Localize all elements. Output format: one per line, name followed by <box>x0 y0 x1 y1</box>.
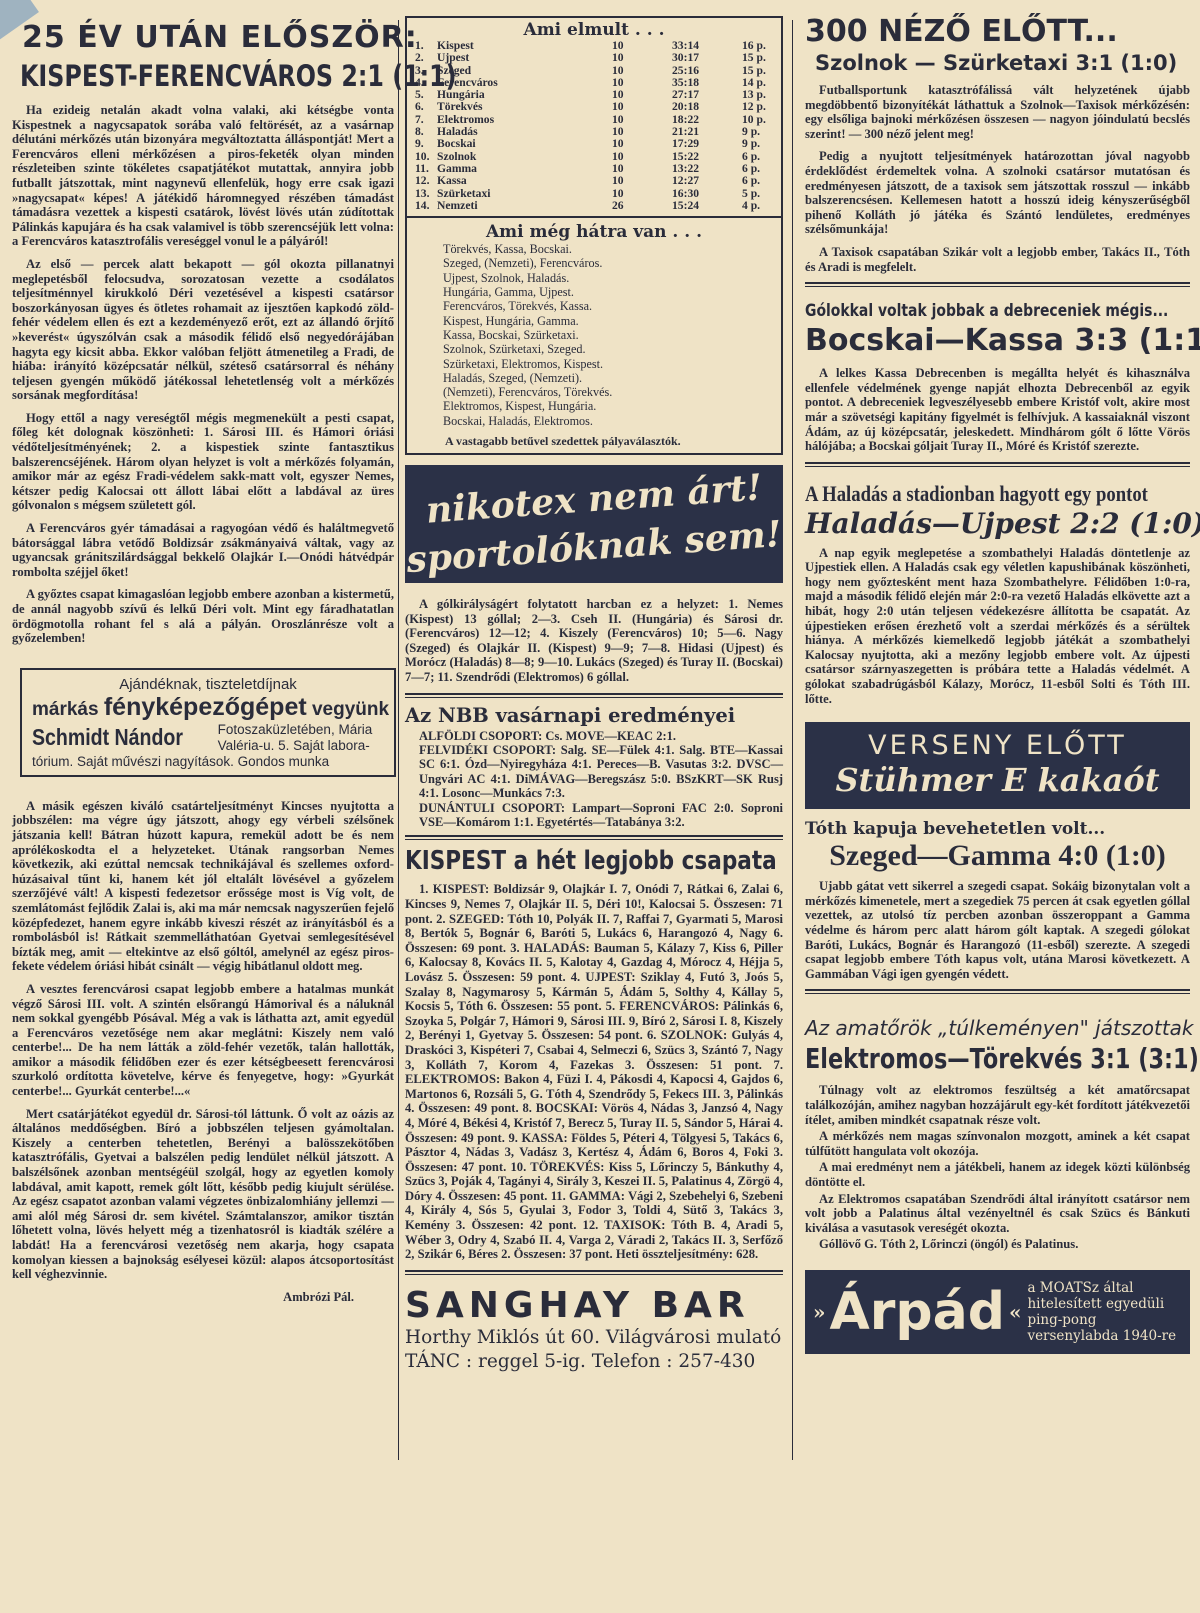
standings-points: 5 p. <box>742 188 773 200</box>
standings-position: 9. <box>415 138 437 150</box>
double-rule <box>805 462 1190 467</box>
nbb-group: ALFÖLDI CSOPORT: Cs. MOVE—KEAC 2:1. <box>405 729 783 743</box>
article-paragraph: A győztes csapat kimagaslóan legjobb emb… <box>12 587 394 645</box>
ad-line: Ajándéknak, tiszteletdíjnak <box>32 676 384 693</box>
haladas-article: A Haladás a stadionban hagyott egy ponto… <box>805 481 1190 707</box>
standings-title: Ami elmult . . . <box>415 20 773 40</box>
ad-row: Schmidt Nándor Fotoszaküzletében, Mária … <box>32 722 384 754</box>
standings-points: 4 p. <box>742 200 773 212</box>
standings-points: 9 p. <box>742 138 773 150</box>
standings-played: 10 <box>612 175 672 187</box>
standings-team: Nemzeti <box>437 200 612 212</box>
standings-team: Bocskai <box>437 138 612 150</box>
sanghay-title: SANGHAY BAR <box>405 1285 783 1326</box>
remaining-fixture-line: Bocskai, Haladás, Elektromos. <box>415 414 773 428</box>
article-paragraph: Futballsportunk katasztrófálissá vált he… <box>805 83 1190 141</box>
article-paragraph: Az Elektromos csapatában Szendrődi által… <box>805 1192 1190 1236</box>
standings-position: 13. <box>415 188 437 200</box>
camera-shop-ad: Ajándéknak, tiszteletdíjnak márkás fényk… <box>20 668 396 777</box>
nbb-results: ALFÖLDI CSOPORT: Cs. MOVE—KEAC 2:1. FELV… <box>405 729 783 830</box>
remaining-fixture-line: Ferencváros, Törekvés, Kassa. <box>415 299 773 313</box>
article-paragraph: A vesztes ferencvárosi csapat legjobb em… <box>12 982 394 1099</box>
article-kicker: Az amatőrök „túlkeményen" játszottak <box>805 1016 1190 1040</box>
standings-played: 10 <box>612 52 672 64</box>
article-paragraph: Túlnagy volt az elektromos feszültség a … <box>805 1083 1190 1127</box>
main-headline: 25 ÉV UTÁN ELŐSZÖR: <box>22 20 394 55</box>
standings-played: 10 <box>612 101 672 113</box>
standings-table: 1.Kispest1033:1416 p.2.Ujpest1030:1715 p… <box>415 40 773 212</box>
article-paragraph: A Taxisok csapatában Szikár volt a legjo… <box>805 245 1190 274</box>
standings-row: 6.Törekvés1020:1812 p. <box>415 101 773 113</box>
ad-line: márkás fényképezőgépet vegyünk <box>32 693 384 722</box>
column-divider <box>398 20 399 1460</box>
standings-played: 10 <box>612 188 672 200</box>
article-score: Bocskai—Kassa 3:3 (1:1) <box>805 323 1190 358</box>
standings-row: 2.Ujpest1030:1715 p. <box>415 52 773 64</box>
stuhmer-ad: VERSENY ELŐTT Stühmer E kakaót <box>805 722 1190 809</box>
remaining-fixture-line: Törekvés, Kassa, Bocskai. <box>415 242 773 256</box>
standings-goals: 16:30 <box>672 188 742 200</box>
article-paragraph: A Ferencváros gyér támadásai a ragyogóan… <box>12 521 394 579</box>
standings-played: 26 <box>612 200 672 212</box>
main-article-bottom: A másik egészen kiváló csatárteljesítmén… <box>12 799 394 1282</box>
standings-box: Ami elmult . . . 1.Kispest1033:1416 p.2.… <box>405 16 783 218</box>
double-rule <box>805 282 1190 287</box>
ad-address: Fotoszaküzletében, Mária Valéria-u. 5. S… <box>218 722 384 754</box>
quote-mark: » <box>813 1300 826 1324</box>
left-column: 25 ÉV UTÁN ELŐSZÖR: KISPEST-FERENCVÁROS … <box>12 0 394 1305</box>
nikotex-ad: nikotex nem árt! sportolóknak sem! <box>405 465 783 583</box>
ad-word-emphasis: fényképezőgépet <box>104 693 307 721</box>
szolnok-article: 300 NÉZŐ ELŐTT... Szolnok — Szürketaxi 3… <box>805 14 1190 274</box>
szeged-article: Tóth kapuja bevehetetlen volt... Szeged—… <box>805 819 1190 981</box>
article-kicker: Tóth kapuja bevehetetlen volt... <box>805 819 1190 839</box>
standings-position: 2. <box>415 52 437 64</box>
remaining-fixture-line: Ujpest, Szolnok, Haladás. <box>415 271 773 285</box>
top-scorers-paragraph: A gólkirályságért folytatott harcban ez … <box>405 597 783 685</box>
article-paragraph: Ha ezideig netalán akadt volna valaki, a… <box>12 103 394 249</box>
remaining-fixture-line: Kassa, Bocskai, Szürketaxi. <box>415 328 773 342</box>
standings-position: 6. <box>415 101 437 113</box>
double-rule <box>405 693 783 698</box>
article-score: Elektromos—Törekvés 3:1 (3:1) <box>805 1042 1113 1075</box>
standings-row: 14.Nemzeti2615:244 p. <box>415 200 773 212</box>
ad-shop-name: Schmidt Nándor <box>32 724 183 751</box>
article-paragraph: A másik egészen kiváló csatárteljesítmén… <box>12 799 394 974</box>
article-paragraph: A lelkes Kassa Debrecenben is megállta h… <box>805 366 1190 454</box>
standings-team: Kassa <box>437 175 612 187</box>
main-article-top: Ha ezideig netalán akadt volna valaki, a… <box>12 103 394 646</box>
best-teams-text: 1. KISPEST: Boldizsár 9, Olajkár I. 7, O… <box>405 882 783 1261</box>
author-signature: Ambrózi Pál. <box>12 1290 354 1305</box>
double-rule <box>405 1270 783 1275</box>
best-teams-title: KISPEST a hét legjobb csapata <box>405 846 719 876</box>
ad-word: vegyünk <box>312 699 389 720</box>
double-rule <box>805 989 1190 994</box>
standings-team: Ujpest <box>437 52 612 64</box>
standings-position: 12. <box>415 175 437 187</box>
article-kicker: A Haladás a stadionban hagyott egy ponto… <box>805 481 1132 507</box>
remaining-fixture-line: Hungária, Gamma, Ujpest. <box>415 285 773 299</box>
nbb-results-title: Az NBB vasárnapi eredményei <box>405 704 783 727</box>
article-paragraph: Az első — percek alatt bekapott — gól ok… <box>12 257 394 403</box>
standings-points: 12 p. <box>742 101 773 113</box>
arpad-ad: » Árpád « a MOATSz által hitelesített eg… <box>805 1270 1190 1354</box>
nbb-group: FELVIDÉKI CSOPORT: Salg. SE—Fülek 4:1. S… <box>405 743 783 801</box>
double-rule <box>405 835 783 840</box>
elektromos-article: Az amatőrök „túlkeményen" játszottak Ele… <box>805 1016 1190 1252</box>
article-paragraph: A mérkőzés nem magas színvonalon mozgott… <box>805 1129 1190 1158</box>
sanghay-hours: TÁNC : reggel 5-ig. Telefon : 257-430 <box>405 1350 783 1374</box>
arpad-info: a MOATSz által hitelesített egyedüli pin… <box>1027 1280 1182 1344</box>
standings-goals: 20:18 <box>672 101 742 113</box>
remaining-note: A vastagabb betűvel szedettek pályaválas… <box>415 434 773 449</box>
article-paragraph: Hogy ettől a nagy vereségtől mégis megme… <box>12 411 394 513</box>
remaining-fixture-line: Elektromos, Kispest, Hungária. <box>415 399 773 413</box>
remaining-fixture-line: Szürketaxi, Elektromos, Kispest. <box>415 357 773 371</box>
article-paragraph: Pedig a nyujtott teljesítmények határozo… <box>805 149 1190 237</box>
article-kicker: Gólokkal voltak jobbak a debreceniek még… <box>805 301 1121 321</box>
article-score: Szolnok — Szürketaxi 3:1 (1:0) <box>815 51 1190 75</box>
sanghay-bar-ad: SANGHAY BAR Horthy Miklós út 60. Világvá… <box>405 1285 783 1374</box>
article-paragraph: Ujabb gátat vett sikerrel a szegedi csap… <box>805 879 1190 981</box>
remaining-fixture-line: Kispest, Hungária, Gamma. <box>415 314 773 328</box>
standings-goals: 12:27 <box>672 175 742 187</box>
standings-points: 6 p. <box>742 175 773 187</box>
article-score: Szeged—Gamma 4:0 (1:0) <box>805 839 1190 873</box>
article-headline: 300 NÉZŐ ELŐTT... <box>805 14 1190 49</box>
standings-row: 9.Bocskai1017:299 p. <box>415 138 773 150</box>
main-score-headline: KISPEST-FERENCVÁROS 2:1 (1:1) <box>20 59 327 93</box>
article-paragraph: Góllövő G. Tóth 2, Lőrinczi (öngól) és P… <box>805 1237 1190 1252</box>
standings-played: 10 <box>612 138 672 150</box>
remaining-list: Törekvés, Kassa, Bocskai.Szeged, (Nemzet… <box>415 242 773 428</box>
standings-team: Törekvés <box>437 101 612 113</box>
middle-column: Ami elmult . . . 1.Kispest1033:1416 p.2.… <box>405 0 783 1374</box>
column-divider <box>792 20 793 1460</box>
article-paragraph: Mert csatárjátékot egyedül dr. Sárosi-tó… <box>12 1107 394 1282</box>
standings-goals: 15:24 <box>672 200 742 212</box>
bocskai-article: Gólokkal voltak jobbak a debreceniek még… <box>805 301 1190 454</box>
ad-word: márkás <box>32 699 99 720</box>
article-score: Haladás—Ujpest 2:2 (1:0) <box>805 507 1190 540</box>
standings-goals: 17:29 <box>672 138 742 150</box>
stuhmer-line: VERSENY ELŐTT <box>809 730 1186 761</box>
article-paragraph: A mai eredményt nem a játékbeli, hanem a… <box>805 1160 1190 1189</box>
standings-position: 14. <box>415 200 437 212</box>
standings-row: 13.Szürketaxi1016:305 p. <box>415 188 773 200</box>
stuhmer-brand: Stühmer E kakaót <box>809 761 1186 799</box>
remaining-fixture-line: Szeged, (Nemzeti), Ferencváros. <box>415 256 773 270</box>
quote-mark: « <box>1009 1300 1022 1324</box>
remaining-fixture-line: Haladás, Szeged, (Nemzeti). <box>415 371 773 385</box>
standings-row: 11.Gamma1013:226 p. <box>415 163 773 175</box>
right-column: 300 NÉZŐ ELŐTT... Szolnok — Szürketaxi 3… <box>805 0 1190 1354</box>
nbb-group: DUNÁNTULI CSOPORT: Lampart—Soproni FAC 2… <box>405 801 783 830</box>
arpad-brand: Árpád <box>830 1282 1005 1342</box>
standings-team: Szürketaxi <box>437 188 612 200</box>
remaining-fixture-line: (Nemzeti), Ferencváros, Törekvés. <box>415 385 773 399</box>
ad-line: tórium. Saját művészi nagyítások. Gondos… <box>32 754 384 769</box>
remaining-fixtures-box: Ami még hátra van . . . Törekvés, Kassa,… <box>405 218 783 455</box>
remaining-fixture-line: Szolnok, Szürketaxi, Szeged. <box>415 342 773 356</box>
standings-points: 15 p. <box>742 52 773 64</box>
sanghay-address: Horthy Miklós út 60. Világvárosi mulató <box>405 1326 783 1350</box>
standings-row: 12.Kassa1012:276 p. <box>415 175 773 187</box>
article-paragraph: A nap egyik meglepetése a szombathelyi H… <box>805 546 1190 707</box>
remaining-title: Ami még hátra van . . . <box>415 222 773 242</box>
standings-goals: 30:17 <box>672 52 742 64</box>
